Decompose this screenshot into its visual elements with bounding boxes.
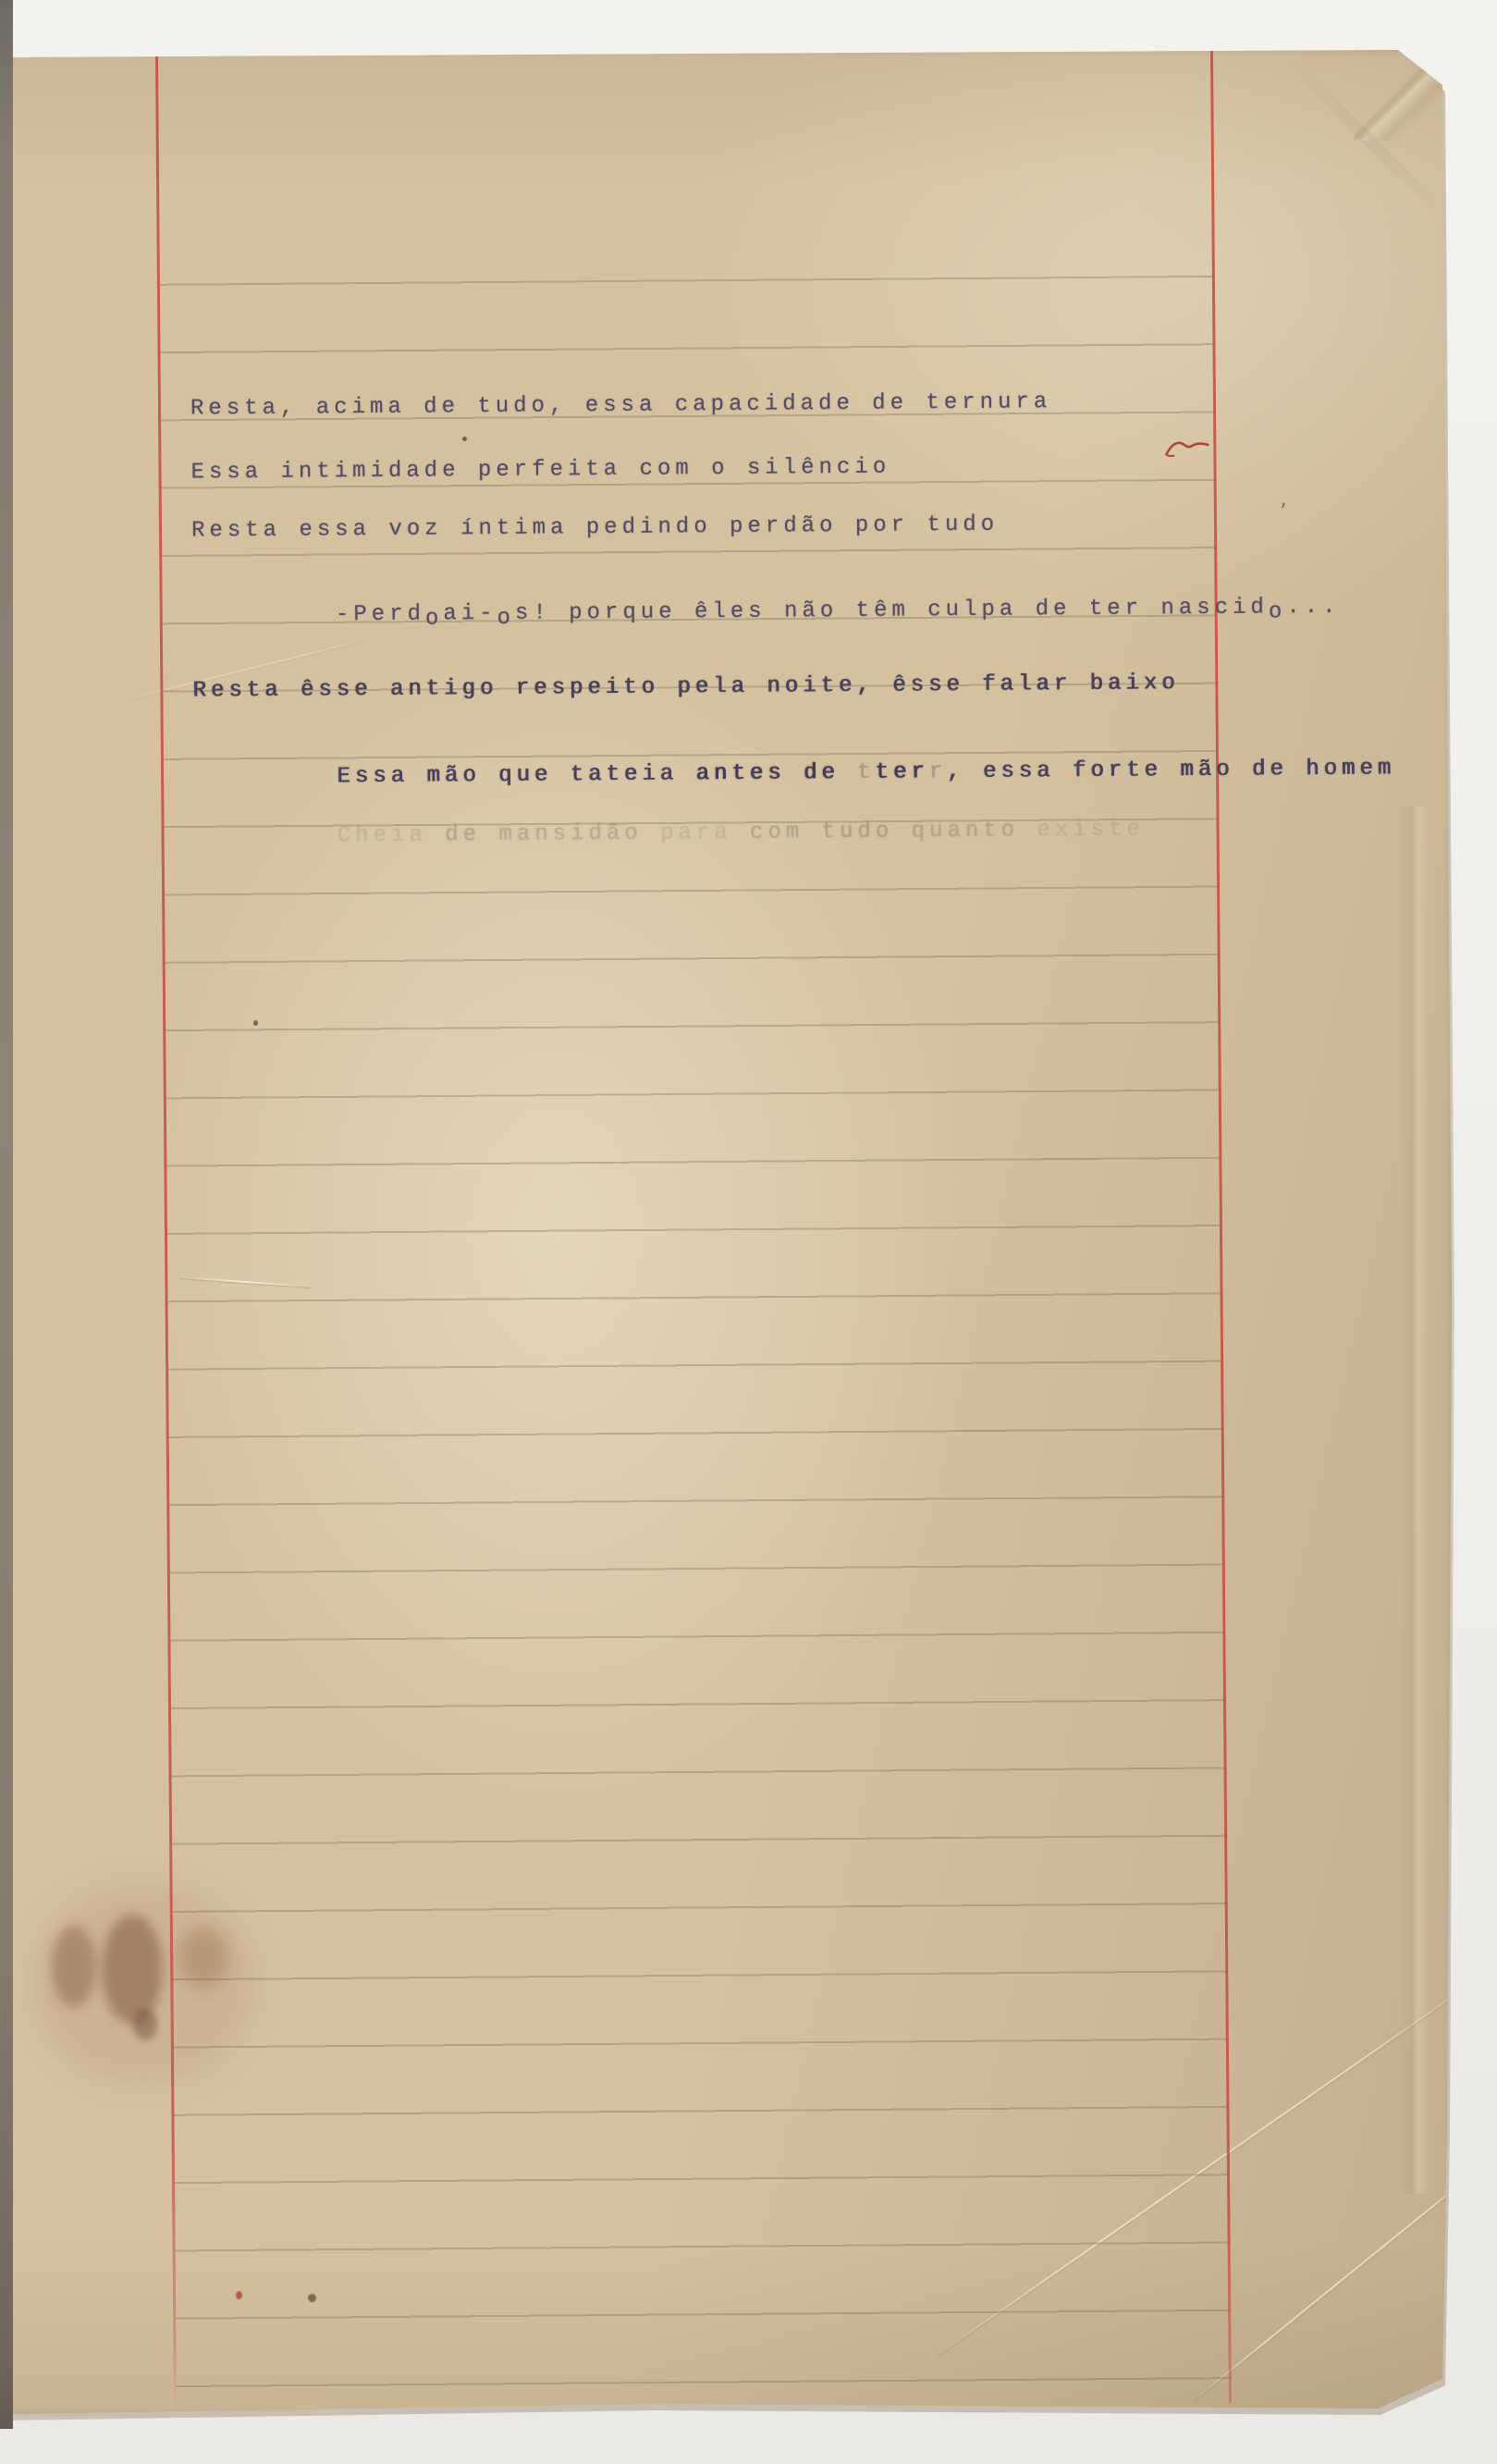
line4-dropped-o: o xyxy=(1269,599,1287,624)
line6-bold-ter: ter xyxy=(875,759,928,784)
line4-seg2: ai- xyxy=(443,601,497,626)
line7-word: mansidão xyxy=(498,821,660,847)
line7-word: existe xyxy=(1037,817,1145,843)
line6-ghost-overtype: r xyxy=(929,759,948,784)
line7-word: com xyxy=(750,819,822,845)
line4-seg1: -Perd xyxy=(336,602,425,628)
page-ruling-and-text: Resta, acima de tudo, essa capacidade de… xyxy=(0,43,1463,2423)
line4-dropped-o: o xyxy=(497,606,516,631)
line6-gap xyxy=(839,760,857,785)
binding-edge-strip xyxy=(0,0,13,2429)
line6-seg1: Essa mão que tateia xyxy=(337,761,695,789)
line6-seg2: , essa forte mão de homem xyxy=(947,756,1395,784)
line4-ellipsis: ... xyxy=(1286,595,1340,620)
line6-bold-antes-de: antes de xyxy=(695,760,839,786)
typewritten-line-7-faded: Cheia de mansidão para com tudo quanto e… xyxy=(193,794,1145,873)
line4-seg3: s! porque êles não têm culpa de ter nasc… xyxy=(515,595,1269,625)
notebook-page: Resta, acima de tudo, essa capacidade de… xyxy=(6,48,1454,2418)
typewritten-line-4: -Perdoai-os! porque êles não têm culpa d… xyxy=(191,572,1340,653)
pencil-tick-mark: ’ xyxy=(1280,499,1287,524)
line7-word: de xyxy=(445,822,498,847)
scanned-manuscript-scene: Resta, acima de tudo, essa capacidade de… xyxy=(0,0,1497,2464)
line7-word: quanto xyxy=(912,818,1037,844)
line7-word: Cheia xyxy=(337,822,446,848)
line6-ghost-overtype: t xyxy=(857,760,876,785)
red-pencil-mark xyxy=(1162,435,1212,461)
line7-word: para xyxy=(660,820,750,846)
line7-word: tudo xyxy=(822,819,912,844)
line4-dropped-o: o xyxy=(425,606,444,631)
